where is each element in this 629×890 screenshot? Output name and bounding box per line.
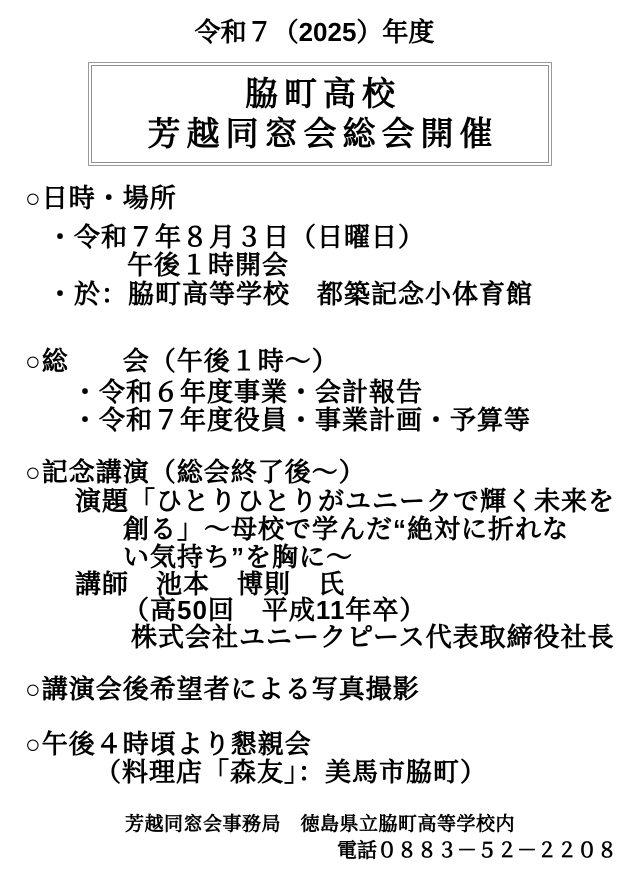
meeting-agenda-item-2: ・令和７年度役員・事業計画・予算等 [72, 406, 531, 435]
lecture-theme-line-3: い気持ち”を胸に～ [123, 543, 353, 572]
section-photo-heading: ○講演会後希望者による写真撮影 [25, 675, 420, 704]
footer-phone-line: 電話０８８３－５２－２２０８ [337, 839, 617, 863]
event-date-line: ・令和７年８月３日（日曜日） [47, 223, 425, 252]
meeting-agenda-item-1: ・令和６年度事業・会計報告 [72, 378, 423, 407]
section-meeting-heading: ○総 会（午後１時～） [25, 347, 339, 376]
main-title-box: 脇町高校 芳越同窓会総会開催 [88, 62, 552, 166]
school-name-title: 脇町高校 [239, 74, 401, 114]
lecture-speaker-title: 株式会社ユニークピース代表取締役社長 [131, 623, 615, 652]
section-lecture-heading: ○記念講演（総会終了後～） [25, 458, 366, 487]
section-datetime-heading: ○日時・場所 [25, 184, 177, 213]
section-party-heading: ○午後４時頃より懇親会 [25, 730, 312, 759]
event-place-line: ・於：脇町高等学校 都築記念小体育館 [47, 280, 533, 309]
event-name-title: 芳越同窓会総会開催 [142, 114, 499, 154]
lecture-theme-line-1: 演題「ひとりひとりがユニークで輝く未来を [75, 487, 615, 516]
party-venue-line: （料理店「森友」：美馬市脇町） [95, 758, 487, 787]
lecture-speaker-note: （高50回 平成11年卒） [123, 596, 426, 625]
announcement-page: 令和７（2025）年度 脇町高校 芳越同窓会総会開催 ○日時・場所 ・令和７年８… [0, 0, 629, 890]
footer-office-line: 芳越同窓会事務局 徳島県立脇町高等学校内 [125, 813, 515, 836]
lecture-theme-line-2: 創る」～母校で学んだ“絶対に折れな [123, 515, 569, 544]
main-title-box-inner: 脇町高校 芳越同窓会総会開催 [91, 65, 549, 163]
event-time-line: 午後１時開会 [127, 251, 289, 280]
fiscal-year-heading: 令和７（2025）年度 [0, 17, 629, 47]
